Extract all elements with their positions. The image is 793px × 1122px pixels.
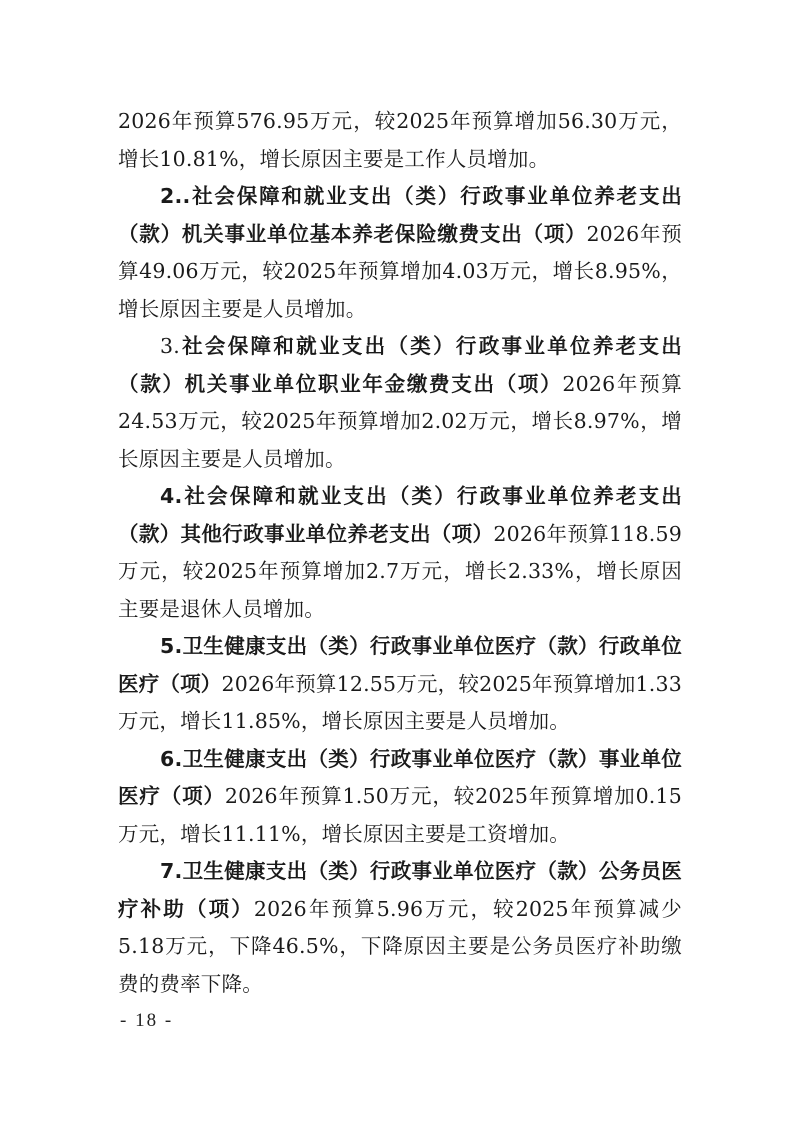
paragraph-item-5: 5.卫生健康支出（类）行政事业单位医疗（款）行政单位医疗（项）2026年预算12… bbox=[118, 628, 682, 741]
paragraph-item-7: 7.卫生健康支出（类）行政事业单位医疗（款）公务员医疗补助（项）2026年预算5… bbox=[118, 853, 682, 1003]
document-page: 2026年预算576.95万元，较2025年预算增加56.30万元，增长10.8… bbox=[118, 103, 682, 1003]
paragraph-body: 2026年预算576.95万元，较2025年预算增加56.30万元，增长10.8… bbox=[118, 109, 682, 171]
paragraph-item-2: 2..社会保障和就业支出（类）行政事业单位养老支出（款）机关事业单位基本养老保险… bbox=[118, 178, 682, 328]
paragraph-item-4: 4.社会保障和就业支出（类）行政事业单位养老支出（款）其他行政事业单位养老支出（… bbox=[118, 478, 682, 628]
paragraph-item-6: 6.卫生健康支出（类）行政事业单位医疗（款）事业单位医疗（项）2026年预算1.… bbox=[118, 741, 682, 854]
item-number: 3. bbox=[160, 334, 180, 358]
paragraph-item-3: 3.社会保障和就业支出（类）行政事业单位养老支出（款）机关事业单位职业年金缴费支… bbox=[118, 328, 682, 478]
paragraph-continued: 2026年预算576.95万元，较2025年预算增加56.30万元，增长10.8… bbox=[118, 103, 682, 178]
page-number: - 18 - bbox=[120, 1010, 173, 1032]
